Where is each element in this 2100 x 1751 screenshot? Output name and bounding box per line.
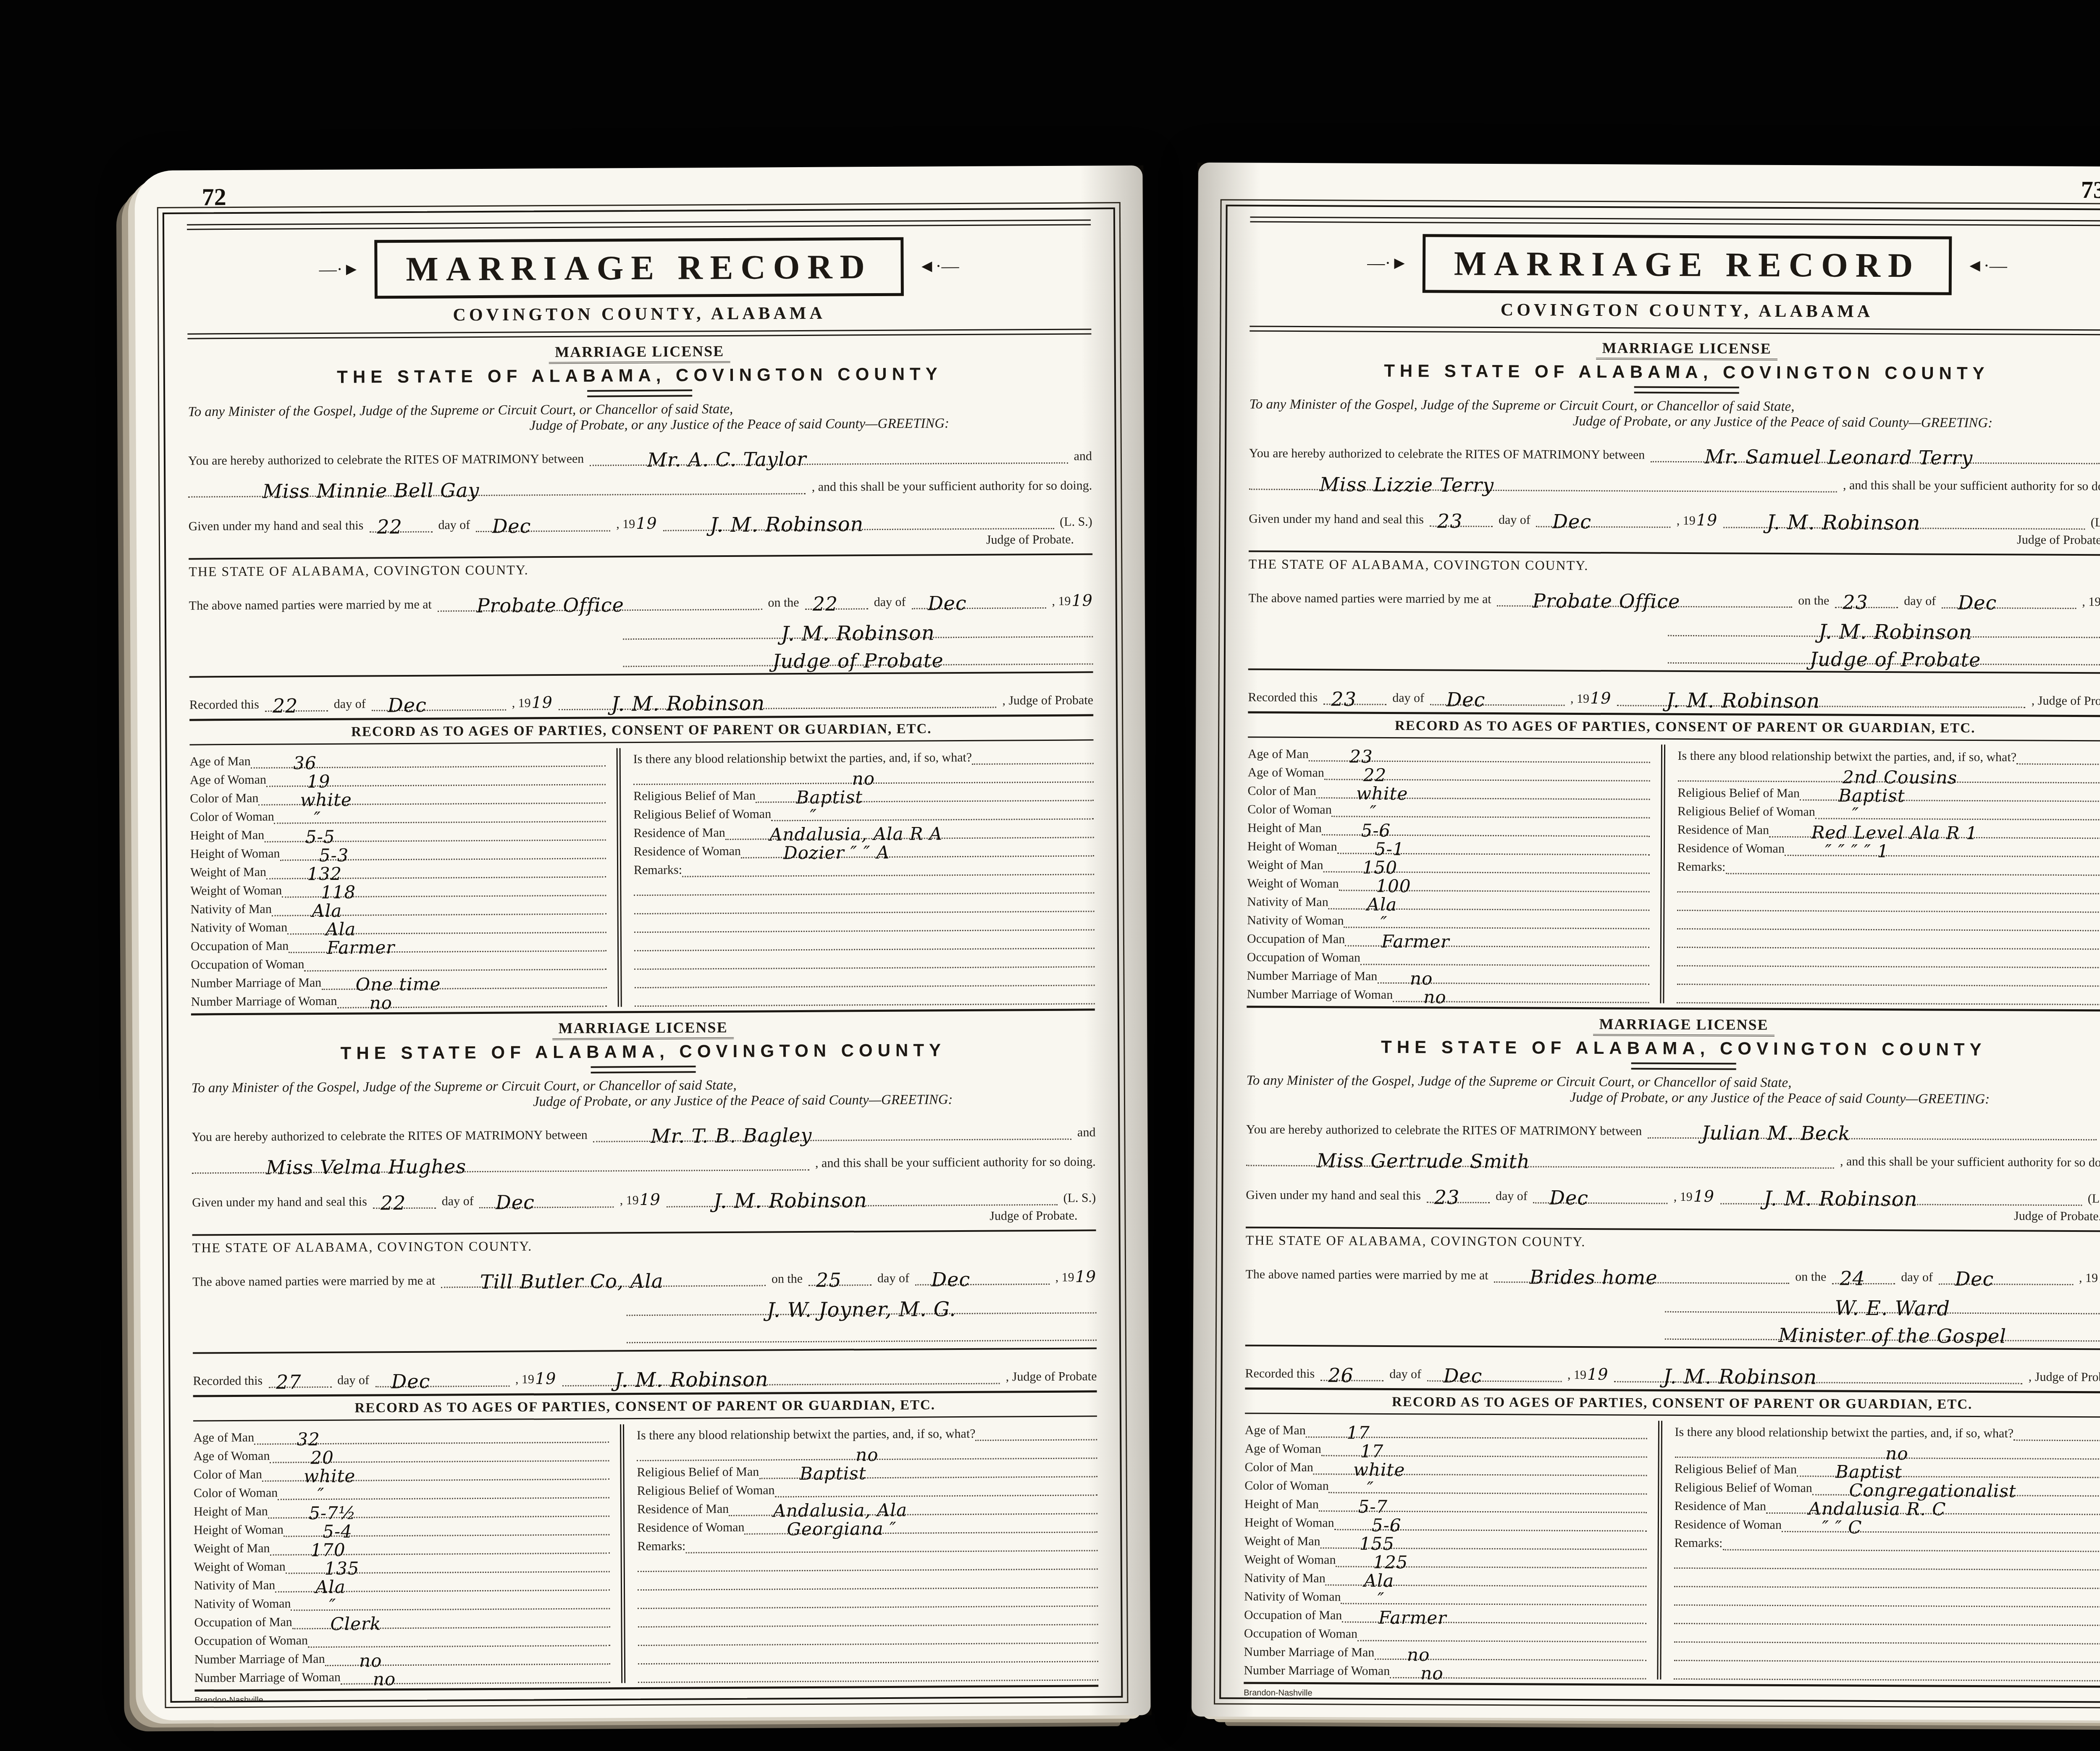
dotted-line: 5-7½ [268,1505,609,1519]
officiant-signature-line: J. M. Robinson [1668,609,2100,638]
field-row: Nativity of ManAla [1244,1567,1646,1587]
officiant-signature: J. W. Joyner, M. G. [767,1301,956,1318]
field-row: Occupation of ManFarmer [1244,1604,1646,1624]
seal-abbreviation: (L. S.) [2091,515,2100,530]
field-row: Color of Woman″ [194,1480,609,1500]
field-label: Is there any blood relationship betwixt … [633,751,972,767]
officiant-signature: W. E. Ward [1835,1300,1950,1317]
dotted-line: Farmer [289,940,606,953]
county-subtitle: COVINGTON COUNTY, ALABAMA [1249,299,2100,323]
dotted-line: 17 [1321,1444,1647,1458]
field-label: Age of Man [190,754,251,769]
field-label: Weight of Man [1247,858,1323,872]
recorded-year: 19 [1590,692,1611,705]
state-county-heading: THE STATE OF ALABAMA, COVINGTON COUNTY [1249,360,2100,384]
dotted-line: 135 [286,1560,610,1574]
blank-row [638,1570,1098,1591]
blank-row [634,949,1095,970]
marriage-day-line: 23 [1835,595,1898,608]
field-value: no [337,996,392,1011]
recorded-month: Dec [372,698,427,713]
recorded-day-line: 26 [1320,1368,1383,1381]
section-divider [1246,1226,2100,1232]
field-row: Occupation of Woman [1244,1622,1646,1642]
field-row: Number Marriage of ManOne time [191,970,606,990]
field-label: Nativity of Woman [1247,913,1344,928]
printed-text: , Judge of Probate [2029,1370,2100,1385]
field-row: Height of Woman5-4 [194,1517,609,1537]
title-box: MARRIAGE RECORD [1422,234,1952,295]
license-day-line: 23 [1427,1190,1490,1203]
judge-of-probate-label: Judge of Probate. [1249,529,2100,547]
married-by-line: The above named parties were married by … [192,1254,1096,1289]
details-right-column: Is there any blood relationship betwixt … [616,746,1095,1007]
details-right-column: Is there any blood relationship betwixt … [620,1422,1098,1683]
section-divider [189,671,1093,677]
dotted-line: Ala [272,903,606,916]
dotted-line: ″ [1332,805,1650,819]
bride-name: Miss Lizzie Terry [1249,477,1494,493]
seal-abbreviation: (L. S.) [2088,1192,2100,1206]
field-label: Occupation of Man [1244,1608,1342,1622]
dotted-line: no [1393,990,1649,1003]
dotted-line: 23 [1309,750,1650,763]
printed-text: day of [334,697,366,711]
field-label: Height of Man [194,1504,268,1519]
field-row: Occupation of Woman [194,1628,610,1648]
state-county-line: THE STATE OF ALABAMA, COVINGTON COUNTY. [1246,1232,2100,1252]
marriage-license-heading: MARRIAGE LICENSE [552,1019,733,1040]
field-row: Residence of Woman″ ″ C [1675,1513,2100,1534]
marriage-month: Dec [915,1272,970,1287]
field-label: Residence of Woman [637,1520,744,1535]
field-row: Height of Woman5-6 [1244,1511,1647,1531]
record-heading-band: RECORD AS TO AGES OF PARTIES, CONSENT OF… [193,1390,1097,1421]
dotted-line: 20 [270,1449,609,1463]
book-scan: 72 —·► MARRIAGE RECORD ◄·— COVINGTON COU… [0,0,2100,1751]
printed-text: Given under my hand and seal this [1246,1188,1421,1203]
record-heading-band: RECORD AS TO AGES OF PARTIES, CONSENT OF… [1245,1387,2100,1418]
printed-text: , 19 [2079,1271,2098,1285]
field-row: Nativity of Woman″ [194,1591,610,1611]
field-label: Height of Man [190,828,265,843]
field-label: Religious Belief of Man [633,789,756,804]
field-row: no [633,764,1094,785]
ornamental-rule [587,389,692,397]
blank-row [634,893,1094,914]
section-divider [1249,550,2100,556]
field-label: Remarks: [634,863,682,878]
field-row: Nativity of ManAla [190,896,606,916]
bride-name-line: Miss Velma Hughes [192,1157,809,1173]
field-row: Weight of Woman118 [190,877,606,898]
field-row: Religious Belief of WomanCongregationali… [1675,1476,2100,1497]
field-row: Color of Woman″ [1247,798,1650,818]
seal-abbreviation: (L. S.) [1060,515,1092,529]
recorder-signature: J. M. Robinson [562,1371,768,1389]
printed-text: , and this shall be your sufficient auth… [815,1155,1096,1170]
greeting-text: To any Minister of the Gospel, Judge of … [188,399,1092,435]
dotted-line: ″ [274,810,606,824]
marriage-place-line: Probate Office [438,597,762,612]
field-value: no [341,1672,396,1687]
book-title: MARRIAGE RECORD [1454,244,1921,286]
field-row: Height of Man5-5 [190,822,606,843]
fleuron-right-icon: ◄·— [918,256,959,277]
state-county-line: THE STATE OF ALABAMA, COVINGTON COUNTY. [192,1235,1096,1255]
blank-row [1677,911,2100,932]
details-right-column: Is there any blood relationship betwixt … [1657,1421,2100,1682]
state-county-line: THE STATE OF ALABAMA, COVINGTON COUNTY. [1249,556,2100,575]
recorded-year: 19 [535,1372,556,1385]
dotted-line: no [1675,1446,2100,1460]
recorder-signature-line: J. M. Robinson [559,694,997,710]
greeting-text: To any Minister of the Gospel, Judge of … [192,1076,1095,1111]
given-under-seal-line: Given under my hand and seal this 22 day… [192,1175,1096,1210]
license-day-line: 23 [1430,514,1493,527]
details-right-column: Is there any blood relationship betwixt … [1660,745,2100,1005]
groom-name-line: Mr. T. B. Bagley [593,1126,1072,1142]
recorded-line: Recorded this 27 day of Dec , 1919 J. M.… [193,1353,1097,1388]
field-label: Height of Man [1244,1497,1319,1512]
field-label: Residence of Man [637,1502,729,1517]
license-day: 22 [373,1195,406,1211]
field-label: Color of Man [190,791,259,806]
marriage-year: 19 [1071,594,1093,607]
field-row: Color of Manwhite [190,785,606,806]
field-row: Occupation of ManFarmer [191,933,606,953]
field-label: Age of Man [1245,1423,1306,1438]
authorization-line-1: You are hereby authorized to celebrate t… [188,437,1092,468]
printed-text: , 19 [515,1372,534,1386]
field-row: Nativity of Woman″ [1244,1585,1646,1605]
field-label: Residence of Man [633,826,725,840]
judge-signature: J. M. Robinson [663,516,864,533]
groom-name: Mr. Samuel Leonard Terry [1651,449,1973,466]
field-row: Height of Man5-7½ [194,1498,609,1519]
blank-row [1674,1606,2100,1626]
marriage-month-line: Dec [915,1271,1050,1285]
title-box: MARRIAGE RECORD [374,237,904,299]
field-label: Height of Woman [190,847,280,861]
field-label: Number Marriage of Woman [191,994,337,1009]
judge-signature: J. M. Robinson [1720,1190,1918,1207]
blank-row [638,1662,1098,1683]
printed-text: , and this shall be your sufficient auth… [812,478,1092,494]
dotted-line: 17 [1306,1425,1647,1439]
dotted-line: Ala [287,921,606,935]
recorded-day-line: 23 [1323,691,1386,705]
field-row: Occupation of ManFarmer [1247,927,1649,948]
dotted-line: no [1374,1648,1646,1661]
printed-text: , 19 [620,1193,639,1208]
printed-text: Given under my hand and seal this [192,1194,367,1210]
dotted-line: ″ [1815,807,2100,821]
field-row: Age of Man32 [193,1424,609,1445]
field-row: Residence of Woman″ ″ ″ ″ 1 [1677,837,2100,858]
field-label: Occupation of Man [1247,932,1345,946]
dotted-line: 5-6 [1322,824,1650,837]
marriage-place: Till Butler Co, Ala [441,1273,663,1290]
field-label: Occupation of Woman [1247,950,1360,965]
field-label: Number Marriage of Man [194,1652,325,1667]
marriage-month: Dec [911,596,966,611]
field-value: no [1393,990,1446,1004]
record-section-heading: RECORD AS TO AGES OF PARTIES, CONSENT OF… [193,1397,1097,1417]
details-grid: Age of Man36 Age of Woman19 Color of Man… [190,746,1095,1015]
field-row: Occupation of Woman [1247,946,1649,966]
license-year: 19 [1693,1190,1714,1203]
fleuron-left-icon: —·► [1367,253,1408,273]
record-section-heading: RECORD AS TO AGES OF PARTIES, CONSENT OF… [1245,1394,2100,1413]
horizontal-rule [187,219,1091,230]
blank-row [1674,1624,2100,1645]
blank-row [638,1551,1098,1572]
record-slot-4: MARRIAGE LICENSE THE STATE OF ALABAMA, C… [1244,1013,2100,1688]
dotted-line [1674,1678,2100,1682]
license-month: Dec [476,519,531,534]
details-grid: Age of Man32 Age of Woman20 Color of Man… [193,1422,1098,1691]
field-label: Height of Woman [1244,1515,1334,1530]
given-under-seal-line: Given under my hand and seal this 23 day… [1249,496,2100,530]
groom-name: Julian M. Beck [1648,1125,1851,1142]
printed-text: on the [772,1272,803,1286]
dotted-line: 150 [1323,861,1650,874]
blank-row [1674,1587,2100,1608]
dotted-line: One time [321,977,606,990]
record-slot-1: MARRIAGE LICENSE THE STATE OF ALABAMA, C… [188,340,1095,1015]
marriage-license-record: MARRIAGE LICENSE THE STATE OF ALABAMA, C… [188,340,1095,1015]
marriage-day-line: 22 [805,596,868,610]
field-row: Height of Man5-6 [1247,816,1650,837]
dotted-line: no [325,1653,610,1666]
field-row: Height of Man5-7 [1244,1493,1647,1513]
married-by-line: The above named parties were married by … [189,578,1092,613]
printed-text: day of [442,1194,474,1208]
field-label: Age of Man [1248,747,1309,761]
dotted-line [638,1679,1098,1683]
printed-text: day of [1499,513,1530,527]
printed-text: , 19 [1677,514,1696,528]
field-label: Color of Man [194,1467,262,1482]
field-label: Weight of Man [1244,1534,1320,1549]
blank-row [1677,893,2100,913]
license-year: 19 [640,1193,661,1206]
authorization-line-1: You are hereby authorized to celebrate t… [192,1113,1095,1144]
dotted-line: Andalusia, Ala [729,1502,1097,1516]
field-label: Religious Belief of Woman [1675,1481,1812,1495]
printed-text: day of [1389,1367,1421,1381]
field-label: Number Marriage of Woman [1247,987,1393,1002]
recorded-month: Dec [375,1374,430,1389]
officiant-signature-line: J. W. Joyner, M. G. [626,1286,1096,1316]
dotted-line: 19 [266,773,606,787]
marriage-license-heading: MARRIAGE LICENSE [1596,339,1777,360]
dotted-line: Baptist [1800,789,2100,802]
printed-text: You are hereby authorized to celebrate t… [1249,446,1645,462]
dotted-line: 5-6 [1334,1518,1647,1532]
license-year: 19 [1696,514,1717,527]
details-left-column: Age of Man36 Age of Woman19 Color of Man… [190,748,618,1009]
given-under-seal-line: Given under my hand and seal this 22 day… [189,499,1092,533]
bride-name-line: Miss Minnie Bell Gay [188,481,806,497]
field-row: Religious Belief of ManBaptist [637,1459,1097,1480]
marriage-day-line: 24 [1832,1271,1895,1284]
blank-row [1677,985,2100,1005]
field-label: Residence of Man [1677,823,1769,837]
dotted-line: no [1377,971,1649,984]
blank-row [634,912,1095,933]
field-row: Religious Belief of ManBaptist [1677,782,2100,802]
field-row: Height of Woman5-1 [1247,835,1650,855]
dotted-line: Farmer [1342,1611,1646,1624]
printed-text: The above named parties were married by … [1245,1267,1488,1283]
field-row: Weight of Woman100 [1247,872,1650,892]
field-label: Weight of Woman [190,883,282,898]
field-label: Occupation of Woman [191,957,304,972]
bride-name-line: Miss Lizzie Terry [1249,477,1837,493]
judge-signature-line: J. M. Robinson [1720,1190,2082,1206]
bride-name: Miss Minnie Bell Gay [188,483,479,499]
field-label: Number Marriage of Man [191,976,321,991]
recorded-month-line: Dec [1430,692,1564,706]
dotted-line: ″ [1329,1481,1647,1495]
license-day-line: 22 [373,1195,436,1209]
dotted-line: white [1316,787,1650,800]
printed-text: Recorded this [189,698,259,712]
field-label: Nativity of Woman [191,920,288,935]
dotted-line: no [341,1671,610,1685]
recorded-line: Recorded this 22 day of Dec , 1919 J. M.… [189,677,1093,712]
license-year: 19 [636,517,657,530]
license-day: 22 [369,519,402,535]
field-label: Number Marriage of Man [1247,969,1378,983]
license-month-line: Dec [480,1194,614,1208]
field-label: Religious Belief of Woman [1677,804,1815,819]
printed-text: Given under my hand and seal this [1249,512,1424,527]
field-row: Remarks: [634,856,1094,877]
field-row: Religious Belief of Woman [637,1477,1097,1498]
field-row: Age of Woman22 [1248,761,1650,781]
field-row: Religious Belief of ManBaptist [633,782,1094,803]
field-label: Number Marriage of Man [1244,1645,1375,1659]
dotted-line: 125 [1336,1555,1646,1569]
judge-of-probate-label: Judge of Probate. [192,1208,1096,1227]
field-row: Weight of Man150 [1247,853,1650,874]
recorded-day: 23 [1323,691,1357,707]
page-73: 73 —·► MARRIAGE RECORD ◄·— COVINGTON COU… [1192,163,2100,1721]
field-row: Remarks: [1677,856,2100,876]
married-by-line: The above named parties were married by … [1248,575,2100,609]
field-label: Weight of Man [190,865,266,880]
field-row: Occupation of Woman [191,951,606,972]
record-heading-band: RECORD AS TO AGES OF PARTIES, CONSENT OF… [189,714,1093,745]
dotted-line: ″ [278,1486,609,1500]
blank-row [1674,1569,2100,1589]
judge-signature: J. M. Robinson [1723,514,1921,531]
seal-abbreviation: (L. S.) [1063,1191,1096,1205]
field-row: Number Marriage of Womanno [194,1664,610,1685]
bride-name: Miss Gertrude Smith [1246,1153,1530,1170]
field-label: Remarks: [637,1539,685,1554]
field-label: Nativity of Man [190,902,271,917]
fleuron-right-icon: ◄·— [1966,256,2007,276]
page-72: 72 —·► MARRIAGE RECORD ◄·— COVINGTON COU… [134,165,1150,1721]
printed-text: , Judge of Probate [2032,694,2100,709]
page-frame: —·► MARRIAGE RECORD ◄·— COVINGTON COUNTY… [1219,205,2100,1703]
recorded-month: Dec [1427,1368,1482,1384]
state-county-heading: THE STATE OF ALABAMA, COVINGTON COUNTY [188,363,1092,388]
field-label: Age of Woman [1248,765,1324,780]
marriage-license-heading: MARRIAGE LICENSE [1593,1016,1774,1037]
recorded-day: 26 [1320,1368,1354,1383]
recorder-signature: J. M. Robinson [559,695,765,712]
bride-name-line: Miss Gertrude Smith [1246,1153,1834,1169]
recorded-month-line: Dec [1427,1368,1562,1382]
dotted-line: 2nd Cousins [1677,769,2100,783]
recorded-year: 19 [1587,1368,1608,1381]
printer-mark: Brandon-Nashville [1244,1688,2100,1701]
field-row: Occupation of ManClerk [194,1609,610,1630]
authorization-line-2: Miss Gertrude Smith , and this shall be … [1246,1140,2100,1170]
recorded-month-line: Dec [375,1373,509,1387]
printed-text: , 19 [616,517,635,531]
printed-text: , 19 [1055,1271,1074,1285]
dotted-line: Ala [1326,1574,1647,1587]
field-label: Occupation of Man [191,939,289,953]
field-row: Remarks: [637,1533,1097,1554]
field-label: Is there any blood relationship betwixt … [637,1427,976,1443]
field-label: Residence of Man [1675,1499,1766,1514]
field-row: Remarks: [1674,1532,2100,1552]
printed-text: , and this shall be your sufficient auth… [1843,478,2100,494]
officiant-signature: J. M. Robinson [1819,624,1972,641]
field-row: Color of Manwhite [1247,780,1650,800]
field-row: Religious Belief of ManBaptist [1675,1458,2100,1478]
field-row: Residence of WomanDozier ″ ″ A [634,838,1094,859]
judge-of-probate-label: Judge of Probate. [189,532,1092,551]
dotted-line: Andalusia, Ala R A [725,826,1094,840]
state-county-heading: THE STATE OF ALABAMA, COVINGTON COUNTY [1247,1036,2100,1060]
dotted-line: 36 [251,755,606,769]
authorization-line-1: You are hereby authorized to celebrate t… [1249,434,2100,464]
dotted-line: ″ [771,808,1094,822]
page-frame: —·► MARRIAGE RECORD ◄·— COVINGTON COUNTY… [163,207,1123,1703]
state-county-heading: THE STATE OF ALABAMA, COVINGTON COUNTY [191,1039,1095,1064]
blank-row [634,986,1095,1007]
groom-name: Mr. A. C. Taylor [590,452,806,468]
recorded-month-line: Dec [372,697,506,711]
dotted-line: ″ [1344,916,1649,929]
judge-signature-line: J. M. Robinson [667,1191,1058,1207]
groom-name: Mr. T. B. Bagley [593,1128,812,1145]
printed-text: Recorded this [193,1374,262,1389]
field-row: Height of Woman5-3 [190,840,606,861]
marriage-license-record: MARRIAGE LICENSE THE STATE OF ALABAMA, C… [1244,1013,2100,1688]
field-row: Age of Woman20 [193,1443,609,1463]
field-label: Color of Man [1244,1460,1313,1475]
printed-text: day of [1901,1270,1933,1284]
field-label: Religious Belief of Woman [633,807,771,822]
marriage-license-record: MARRIAGE LICENSE THE STATE OF ALABAMA, C… [191,1016,1098,1691]
field-label: Religious Belief of Man [1675,1462,1797,1477]
field-row: Religious Belief of Woman″ [1677,800,2100,821]
printed-text: , 19 [512,696,531,710]
field-label: Residence of Woman [1677,841,1785,856]
dotted-line: Andalusia R. C [1766,1502,2100,1515]
marriage-month: Dec [1942,595,1997,611]
marriage-place-line: Till Butler Co, Ala [441,1273,766,1288]
